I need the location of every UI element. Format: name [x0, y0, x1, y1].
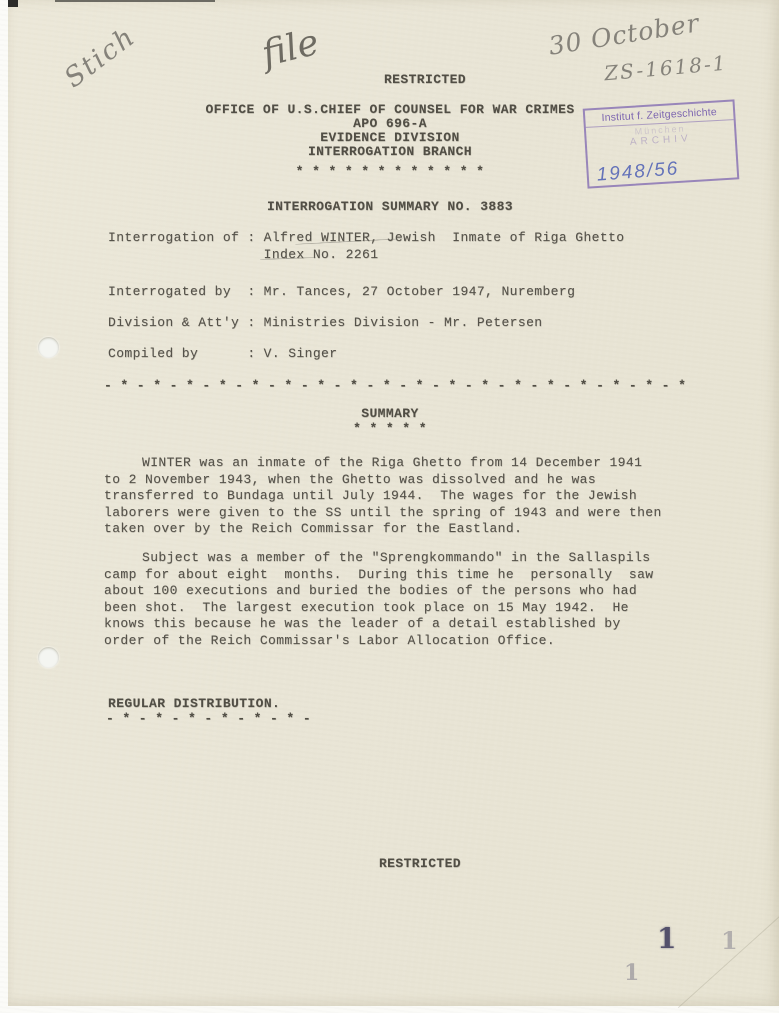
scanned-document: Stich file 30 October ZS-1618-1 Institut…	[0, 0, 779, 1013]
summary-paragraph-1: WINTER was an inmate of the Riga Ghetto …	[104, 455, 666, 538]
classification-bottom: RESTRICTED	[120, 856, 720, 873]
field-label: Division & Att'y :	[108, 315, 256, 332]
field-label: Interrogated by :	[108, 284, 256, 301]
scan-edge-line	[55, 0, 215, 2]
document-title: INTERROGATION SUMMARY NO. 3883	[90, 199, 690, 216]
page-mark-secondary: 1	[721, 926, 738, 955]
distribution-dots: - * - * - * - * - * - * -	[106, 711, 311, 728]
page-mark-primary: 1	[657, 922, 676, 955]
field-value: Mr. Tances, 27 October 1947, Nuremberg	[264, 284, 576, 301]
section-separator: - * - * - * - * - * - * - * - * - * - * …	[104, 378, 686, 395]
punch-hole-top	[38, 337, 59, 358]
field-division-attorney: Division & Att'y : Ministries Division -…	[108, 315, 542, 332]
summary-paragraph-2: Subject was a member of the "Sprengkomma…	[104, 550, 666, 649]
header-branch: INTERROGATION BRANCH	[90, 144, 690, 161]
field-label: Interrogation of :	[108, 230, 256, 247]
scan-edge-mark	[8, 0, 18, 7]
page-mark-tertiary: 1	[624, 960, 639, 986]
summary-heading-dots: * * * * *	[90, 421, 690, 438]
classification-top: RESTRICTED	[125, 72, 725, 89]
punch-hole-bottom	[38, 647, 59, 668]
field-interrogation-of: Interrogation of : Alfred WINTER, Jewish…	[108, 230, 624, 263]
field-value: V. Singer	[264, 346, 338, 363]
field-value: Ministries Division - Mr. Petersen	[264, 315, 543, 332]
field-compiled-by: Compiled by : V. Singer	[108, 346, 337, 363]
field-label: Compiled by :	[108, 346, 256, 363]
field-interrogated-by: Interrogated by : Mr. Tances, 27 October…	[108, 284, 575, 301]
header-separator-dots: * * * * * * * * * * * *	[90, 164, 690, 181]
field-value: Alfred WINTER, Jewish Inmate of Riga Ghe…	[264, 230, 625, 263]
